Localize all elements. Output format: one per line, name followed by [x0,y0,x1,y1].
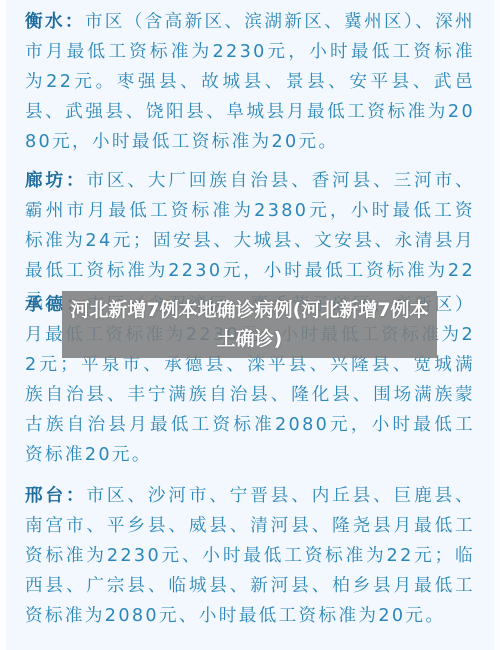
section-label-hengshui: 衡水： [25,12,85,32]
section-xingtai: 邢台：市区、沙河市、宁晋县、内丘县、巨鹿县、南宫市、平乡县、威县、清河县、隆尧县… [25,481,475,631]
title-overlay-banner: 河北新增7例本地确诊病例(河北新增7例本土确诊) [62,291,437,358]
section-label-langfang: 廊坊： [25,171,86,191]
article-page: 衡水：市区（含高新区、滨湖新区、冀州区）、深州市月最低工资标准为2230元，小时… [0,0,500,650]
section-text-xingtai: 市区、沙河市、宁晋县、内丘县、巨鹿县、南宫市、平乡县、威县、清河县、隆尧县月最低… [25,486,475,626]
section-text-hengshui: 市区（含高新区、滨湖新区、冀州区）、深州市月最低工资标准为2230元，小时最低工… [25,12,475,152]
overlay-title: 河北新增7例本地确诊病例(河北新增7例本土确诊) [62,296,437,354]
section-hengshui: 衡水：市区（含高新区、滨湖新区、冀州区）、深州市月最低工资标准为2230元，小时… [25,7,475,157]
section-label-xingtai: 邢台： [25,486,86,506]
